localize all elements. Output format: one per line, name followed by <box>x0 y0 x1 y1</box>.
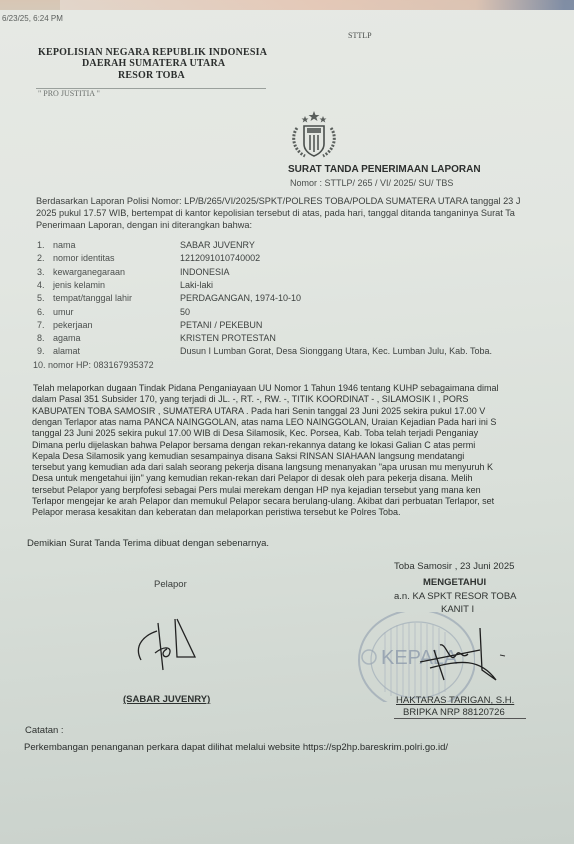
detail-number: 3. <box>37 267 45 277</box>
police-emblem-icon <box>283 110 345 160</box>
header-line-3: RESOR TOBA <box>118 70 185 81</box>
detail-number: 1. <box>37 240 45 250</box>
document-title: SURAT TANDA PENERIMAAN LAPORAN <box>288 164 481 175</box>
narrative-line: Dimana perlu dijelaskan bahwa Pelapor be… <box>32 440 475 450</box>
detail-value: Laki-laki <box>180 280 213 290</box>
detail-label: nomor identitas <box>53 253 115 263</box>
detail-number: 4. <box>37 280 45 290</box>
narrative-line: dengan Terlapor atas nama PANCA NAINGGOL… <box>32 417 496 427</box>
narrative-line: dalam Pasal 351 Subsider 170, yang terja… <box>32 394 468 404</box>
detail-label: agama <box>53 333 81 343</box>
narrative-line: Terlapor mengejar ke arah Pelapor dan me… <box>32 496 494 506</box>
detail-number: 8. <box>37 333 45 343</box>
detail-label: tempat/tanggal lahir <box>53 293 132 303</box>
detail-value: 1212091010740002 <box>180 253 260 263</box>
detail-number: 5. <box>37 293 45 303</box>
detail-value: PETANI / PEKEBUN <box>180 320 262 330</box>
narrative-line: Kepala Desa Silamosik yang kemudian sesa… <box>32 451 464 461</box>
detail-label: pekerjaan <box>53 320 93 330</box>
detail-label: alamat <box>53 346 80 356</box>
header-line-1: KEPOLISIAN NEGARA REPUBLIK INDONESIA <box>38 47 267 58</box>
detail-number: 9. <box>37 346 45 356</box>
detail-label: umur <box>53 307 74 317</box>
officer-underline <box>394 718 526 719</box>
place-date: Toba Samosir , 23 Juni 2025 <box>394 561 514 572</box>
reporter-label: Pelapor <box>154 579 187 590</box>
form-code: STTLP <box>348 31 372 40</box>
header-line-2: DAERAH SUMATERA UTARA <box>82 58 225 69</box>
detail-value: KRISTEN PROTESTAN <box>180 333 276 343</box>
acknowledged-label: MENGETAHUI <box>423 577 486 588</box>
reporter-signature <box>125 615 215 675</box>
officer-signature <box>410 620 510 690</box>
intro-line-3: Penerimaan Laporan, dengan ini diterangk… <box>36 220 252 230</box>
detail-value: INDONESIA <box>180 267 230 277</box>
detail-label: nama <box>53 240 76 250</box>
intro-line-1: Berdasarkan Laporan Polisi Nomor: LP/B/2… <box>36 196 520 206</box>
officer-rank-nrp: BRIPKA NRP 88120726 <box>403 707 505 718</box>
note-text: Perkembangan penanganan perkara dapat di… <box>24 742 448 753</box>
document-number: Nomor : STTLP/ 265 / VI/ 2025/ SU/ TBS <box>290 178 453 188</box>
detail-value: Dusun I Lumban Gorat, Desa Sionggang Uta… <box>180 346 492 356</box>
detail-number: 6. <box>37 307 45 317</box>
narrative-line: KABUPATEN TOBA SAMOSIR , SUMATERA UTARA … <box>32 406 485 416</box>
on-behalf-of: a.n. KA SPKT RESOR TOBA <box>394 591 517 602</box>
narrative-line: tersebut Pelapor yang berpfofesi sebagai… <box>32 485 481 495</box>
detail-value: 50 <box>180 307 190 317</box>
narrative-line: tersebut yang kemudian ada dari salah se… <box>32 462 493 472</box>
reporter-name: (SABAR JUVENRY) <box>123 694 210 705</box>
detail-label: jenis kelamin <box>53 280 105 290</box>
detail-value: PERDAGANGAN, 1974-10-10 <box>180 293 301 303</box>
narrative-line: Pelapor merasa kesakitan dan keberatan d… <box>32 507 401 517</box>
phone-line: 10. nomor HP: 083167935372 <box>33 360 154 370</box>
detail-value: SABAR JUVENRY <box>180 240 255 250</box>
narrative-line: tanggal 23 Juni 2025 sekira pukul 17.00 … <box>32 428 478 438</box>
detail-number: 7. <box>37 320 45 330</box>
detail-label: kewarganegaraan <box>53 267 125 277</box>
note-label: Catatan : <box>25 725 64 736</box>
detail-number: 2. <box>37 253 45 263</box>
pro-justitia: " PRO JUSTITIA " <box>38 89 100 98</box>
intro-line-2: 2025 pukul 17.57 WIB, bertempat di kanto… <box>36 208 515 218</box>
print-timestamp: 6/23/25, 6:24 PM <box>2 14 63 23</box>
officer-name: HAKTARAS TARIGAN, S.H. <box>396 695 514 706</box>
narrative-line: Telah melaporkan dugaan Tindak Pidana Pe… <box>33 383 498 393</box>
narrative-line: Desa untuk mengetahui ijin" yang kemudia… <box>32 473 472 483</box>
closing-statement: Demikian Surat Tanda Terima dibuat denga… <box>27 538 269 549</box>
